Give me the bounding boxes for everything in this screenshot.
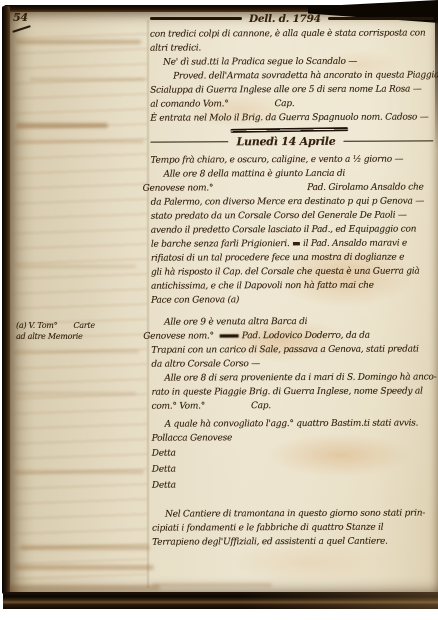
entry-heading-row: Lunedì 14 Aprile — [150, 132, 433, 150]
showthrough-streak — [14, 470, 144, 474]
manuscript-line: È entrata nel Molo il Brig. da Guerra Sp… — [150, 110, 433, 125]
margin-note-ref: (a) V. Tom° — [16, 321, 57, 330]
manuscript-line: avendo il predetto Corsale lasciato il P… — [151, 222, 434, 237]
manuscript-line: stato predato da un Corsale Corso del Ge… — [151, 208, 434, 223]
manuscript-line: Pace con Genova (a) — [151, 292, 434, 307]
showthrough-streak — [16, 392, 136, 395]
header-rule-right — [328, 17, 434, 20]
manuscript-line: Genovese nom.°▬▬▬Pad. Lodovico Doderro, … — [143, 328, 434, 343]
book-binding-edge — [2, 6, 10, 594]
manuscript-line: rato in queste Piaggie Brig. di Guerra I… — [151, 384, 434, 399]
line-segment: Genovese nom.° — [143, 181, 214, 195]
manuscript-line: con tredici colpi di cannone, è alla qua… — [150, 26, 433, 41]
heading-rule-left — [150, 141, 228, 143]
margin-note-line: (a) V. Tom°Carte — [16, 320, 141, 331]
manuscript-line: Scialuppa di Guerra Inglese alle ore 5 d… — [150, 82, 433, 97]
header-rule-left — [150, 17, 242, 20]
showthrough-streak — [10, 585, 160, 590]
line-segment: Cap. — [251, 401, 271, 411]
manuscript-line: Proved. dell'Armata sovradetta hà ancora… — [150, 68, 433, 83]
line-segment: Cap. — [274, 99, 294, 109]
manuscript-line: Alle ore 9 è venuta altra Barca di — [151, 314, 434, 329]
manuscript-line: Terrapieno degl'Uffiziali, ed assistenti… — [152, 534, 435, 549]
line-segment: al comando Vom.° — [150, 99, 228, 109]
strikethrough-scribble: ▬▬▬ — [219, 331, 237, 341]
showthrough-streak — [30, 78, 145, 81]
manuscript-line: da Palermo, con diverso Merce era destin… — [151, 194, 434, 209]
manuscript-line: Alle ore 8 della mattina è giunto Lancia… — [150, 166, 433, 181]
list-item: Pollacca Genovese — [152, 430, 435, 445]
manuscript-line: com.° Vom.°Cap. — [151, 398, 434, 413]
page-number: 54 — [13, 11, 28, 24]
list-item: Detta — [152, 476, 435, 493]
margin-note-line: ad altre Memorie — [16, 331, 141, 342]
list-item: Detta — [152, 460, 435, 477]
ink-showthrough-texture — [14, 30, 147, 580]
manuscript-line: gli hà risposto il Cap. del Corsale che … — [151, 264, 434, 279]
manuscript-scan: 54 Dell. d. 1794 con tredici colpi di ca… — [0, 0, 438, 620]
line-segment: Genovese nom.° — [143, 331, 214, 341]
page-crease — [147, 20, 149, 588]
manuscript-line: Alle ore 8 di sera proveniente da i mari… — [151, 370, 434, 385]
line-segment: Pad. Lodovico Doderro, da da — [242, 331, 370, 342]
line-segment: Pad. Girolamo Ansaldo che — [307, 180, 424, 195]
manuscript-line: Nel Cantiere di tramontana in questo gio… — [152, 506, 435, 521]
line-segment: com.° Vom.° — [151, 401, 204, 411]
showthrough-streak — [16, 265, 136, 268]
manuscript-line: Ne' dì sud.tti la Pradica segue lo Scand… — [150, 54, 433, 69]
entry-heading: Lunedì 14 Aprile — [236, 135, 335, 148]
manuscript-line: A quale hà convogliato l'agg.° quattro B… — [152, 416, 435, 431]
showthrough-streak — [14, 350, 139, 353]
book-bottom-edge — [3, 592, 438, 609]
manuscript-line: Tempo frà chiaro, e oscuro, caligine, e … — [150, 152, 433, 167]
manuscript-line: Trapani con un carico di Sale, passava a… — [151, 342, 434, 357]
heading-rule-right — [343, 140, 433, 142]
manuscript-text-column: con tredici colpi di cannone, è alla qua… — [150, 26, 435, 549]
manuscript-line: le barche senza farli Prigionieri. ▬ il … — [151, 236, 434, 251]
manuscript-line: Genovese nom.°Pad. Girolamo Ansaldo che — [143, 180, 434, 195]
showthrough-streak — [16, 40, 141, 44]
manuscript-line: cipiati i fondamenti e le fabbriche di q… — [152, 520, 435, 535]
showthrough-streak — [14, 565, 154, 570]
margin-note: (a) V. Tom°Carte ad altre Memorie — [16, 320, 141, 342]
list-item: Detta — [152, 444, 435, 461]
showthrough-streak — [16, 123, 108, 128]
showthrough-streak — [14, 140, 144, 143]
manuscript-line: antichissima, e che il Dapovoli non hà f… — [151, 278, 434, 293]
showthrough-streak — [20, 545, 150, 550]
manuscript-line: al comando Vom.°Cap. — [150, 96, 433, 111]
running-header-text: Dell. d. 1794 — [249, 13, 321, 25]
manuscript-line: da altro Corsale Corso — — [151, 356, 434, 371]
running-header: Dell. d. 1794 — [150, 11, 434, 26]
manuscript-line: altri tredici. — [150, 40, 433, 55]
margin-note-ref2: Carte — [73, 321, 94, 330]
manuscript-line: rifiatosi di un tal procedere fece una m… — [151, 250, 434, 265]
